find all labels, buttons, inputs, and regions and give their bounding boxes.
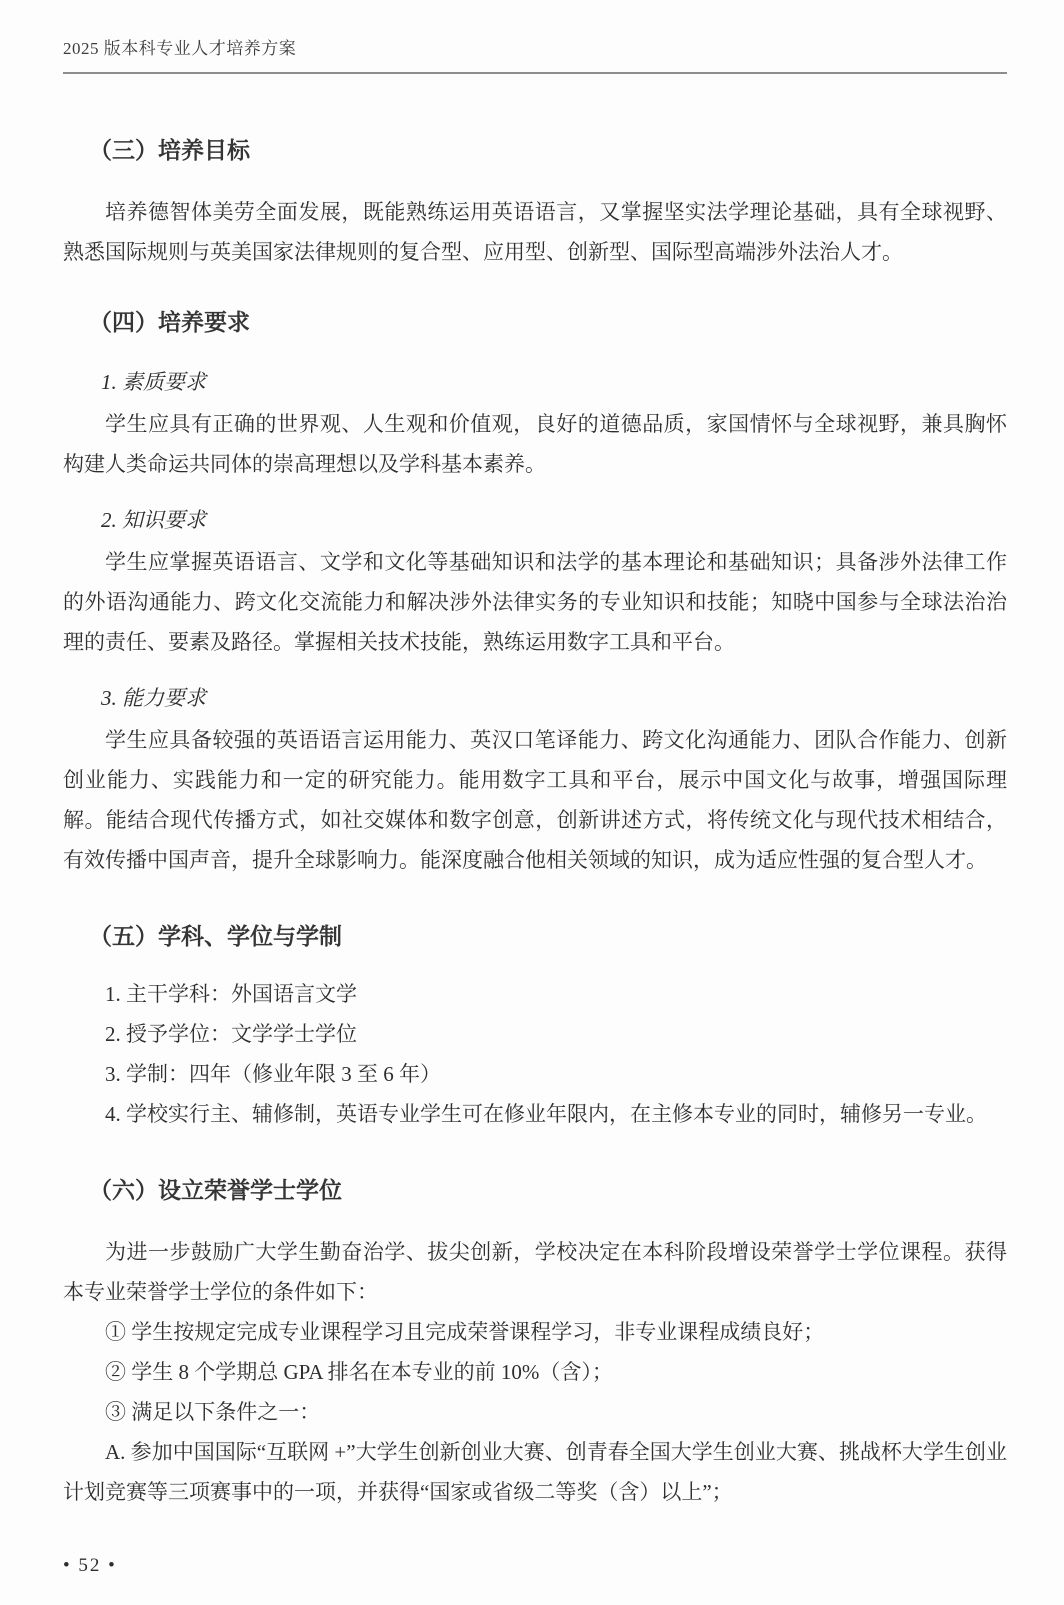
section-heading-5: （五）学科、学位与学制 bbox=[63, 920, 1007, 952]
condition-item-1: ① 学生按规定完成专业课程学习且完成荣誉课程学习，非专业课程成绩良好； bbox=[63, 1312, 1007, 1352]
subsection-title-quality: 1. 素质要求 bbox=[63, 362, 1007, 402]
list-item-minor-system: 4. 学校实行主、辅修制，英语专业学生可在修业年限内，在主修本专业的同时，辅修另… bbox=[63, 1094, 1007, 1134]
header-rule bbox=[63, 72, 1007, 74]
subsection-title-ability: 3. 能力要求 bbox=[63, 678, 1007, 718]
subsection-body-knowledge: 学生应掌握英语语言、文学和文化等基础知识和法学的基本理论和基础知识；具备涉外法律… bbox=[63, 542, 1007, 662]
section-3-paragraph: 培养德智体美劳全面发展，既能熟练运用英语语言，又掌握坚实法学理论基础，具有全球视… bbox=[63, 192, 1007, 272]
condition-item-3: ③ 满足以下条件之一： bbox=[63, 1392, 1007, 1432]
condition-item-3a: A. 参加中国国际“互联网 +”大学生创新创业大赛、创青春全国大学生创业大赛、挑… bbox=[63, 1432, 1007, 1512]
subsection-body-quality: 学生应具有正确的世界观、人生观和价值观，良好的道德品质，家国情怀与全球视野，兼具… bbox=[63, 404, 1007, 484]
document-page: 2025 版本科专业人才培养方案 （三）培养目标 培养德智体美劳全面发展，既能熟… bbox=[0, 0, 1064, 1605]
page-number: • 52 • bbox=[63, 1555, 117, 1577]
list-item-degree: 2. 授予学位：文学学士学位 bbox=[63, 1014, 1007, 1054]
section-6-intro-paragraph: 为进一步鼓励广大学生勤奋治学、拔尖创新，学校决定在本科阶段增设荣誉学士学位课程。… bbox=[63, 1232, 1007, 1312]
condition-item-2: ② 学生 8 个学期总 GPA 排名在本专业的前 10%（含）； bbox=[63, 1352, 1007, 1392]
section-heading-4: （四）培养要求 bbox=[63, 306, 1007, 338]
section-5-items: 1. 主干学科：外国语言文学 2. 授予学位：文学学士学位 3. 学制：四年（修… bbox=[63, 974, 1007, 1134]
subsection-title-knowledge: 2. 知识要求 bbox=[63, 500, 1007, 540]
list-item-schooling-length: 3. 学制：四年（修业年限 3 至 6 年） bbox=[63, 1054, 1007, 1094]
section-heading-3: （三）培养目标 bbox=[63, 134, 1007, 166]
list-item-major-discipline: 1. 主干学科：外国语言文学 bbox=[63, 974, 1007, 1014]
subsection-body-ability: 学生应具备较强的英语语言运用能力、英汉口笔译能力、跨文化沟通能力、团队合作能力、… bbox=[63, 720, 1007, 880]
section-heading-6: （六）设立荣誉学士学位 bbox=[63, 1174, 1007, 1206]
page-header-title: 2025 版本科专业人才培养方案 bbox=[63, 0, 1007, 59]
